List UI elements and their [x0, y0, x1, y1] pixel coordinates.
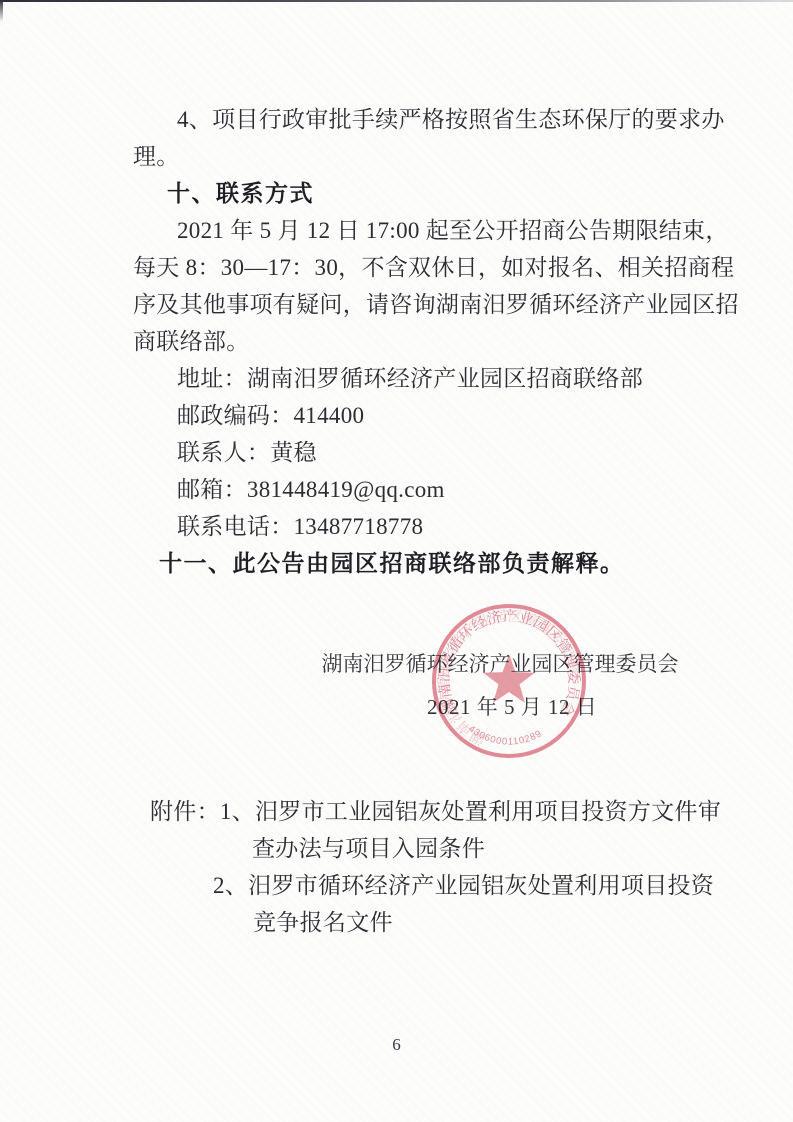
page-number: 6 — [0, 1033, 793, 1057]
contact-person-line: 联系人：黄稳 — [133, 434, 699, 471]
contact-paragraph-line3: 序及其他事项有疑问，请咨询湖南汨罗循环经济产业园区招 — [133, 286, 699, 323]
document-page: 4、项目行政审批手续严格按照省生态环保厅的要求办 理。 十、联系方式 2021 … — [0, 0, 793, 1122]
section-heading-ten: 十、联系方式 — [133, 175, 699, 212]
official-seal: 湖南汨罗循环经济产业园区管理委员会 湖南汨罗循环经济产业园区管理委员会 4306… — [424, 596, 594, 766]
document-body: 4、项目行政审批手续严格按照省生态环保厅的要求办 理。 十、联系方式 2021 … — [133, 101, 699, 582]
paragraph4-line1: 4、项目行政审批手续严格按照省生态环保厅的要求办 — [133, 101, 699, 138]
address-line: 地址：湖南汨罗循环经济产业园区招商联络部 — [133, 360, 699, 397]
postal-code-line: 邮政编码：414400 — [133, 397, 699, 434]
scan-artifact-corner — [0, 0, 3, 22]
attachment-line2: 查办法与项目入园条件 — [252, 830, 485, 867]
email-line: 邮箱：381448419@qq.com — [133, 471, 699, 508]
attachment-line4: 竞争报名文件 — [253, 904, 393, 941]
contact-paragraph-line1: 2021 年 5 月 12 日 17:00 起至公开招商公告期限结束， — [133, 212, 699, 249]
attachment-line3: 2、汨罗市循环经济产业园铝灰处置利用项目投资 — [213, 867, 714, 904]
contact-paragraph-line2: 每天 8：30—17：30，不含双休日，如对报名、相关招商程 — [133, 249, 699, 286]
scan-artifact-top-edge — [0, 0, 793, 2]
attachment-line1: 附件：1、汨罗市工业园铝灰处置利用项目投资方文件审 — [150, 793, 721, 830]
phone-line: 联系电话：13487718778 — [133, 508, 699, 545]
seal-star — [483, 654, 534, 703]
section-heading-eleven: 十一、此公告由园区招商联络部负责解释。 — [133, 545, 699, 582]
paragraph4-line2: 理。 — [133, 138, 699, 175]
contact-paragraph-line4: 商联络部。 — [133, 323, 699, 360]
